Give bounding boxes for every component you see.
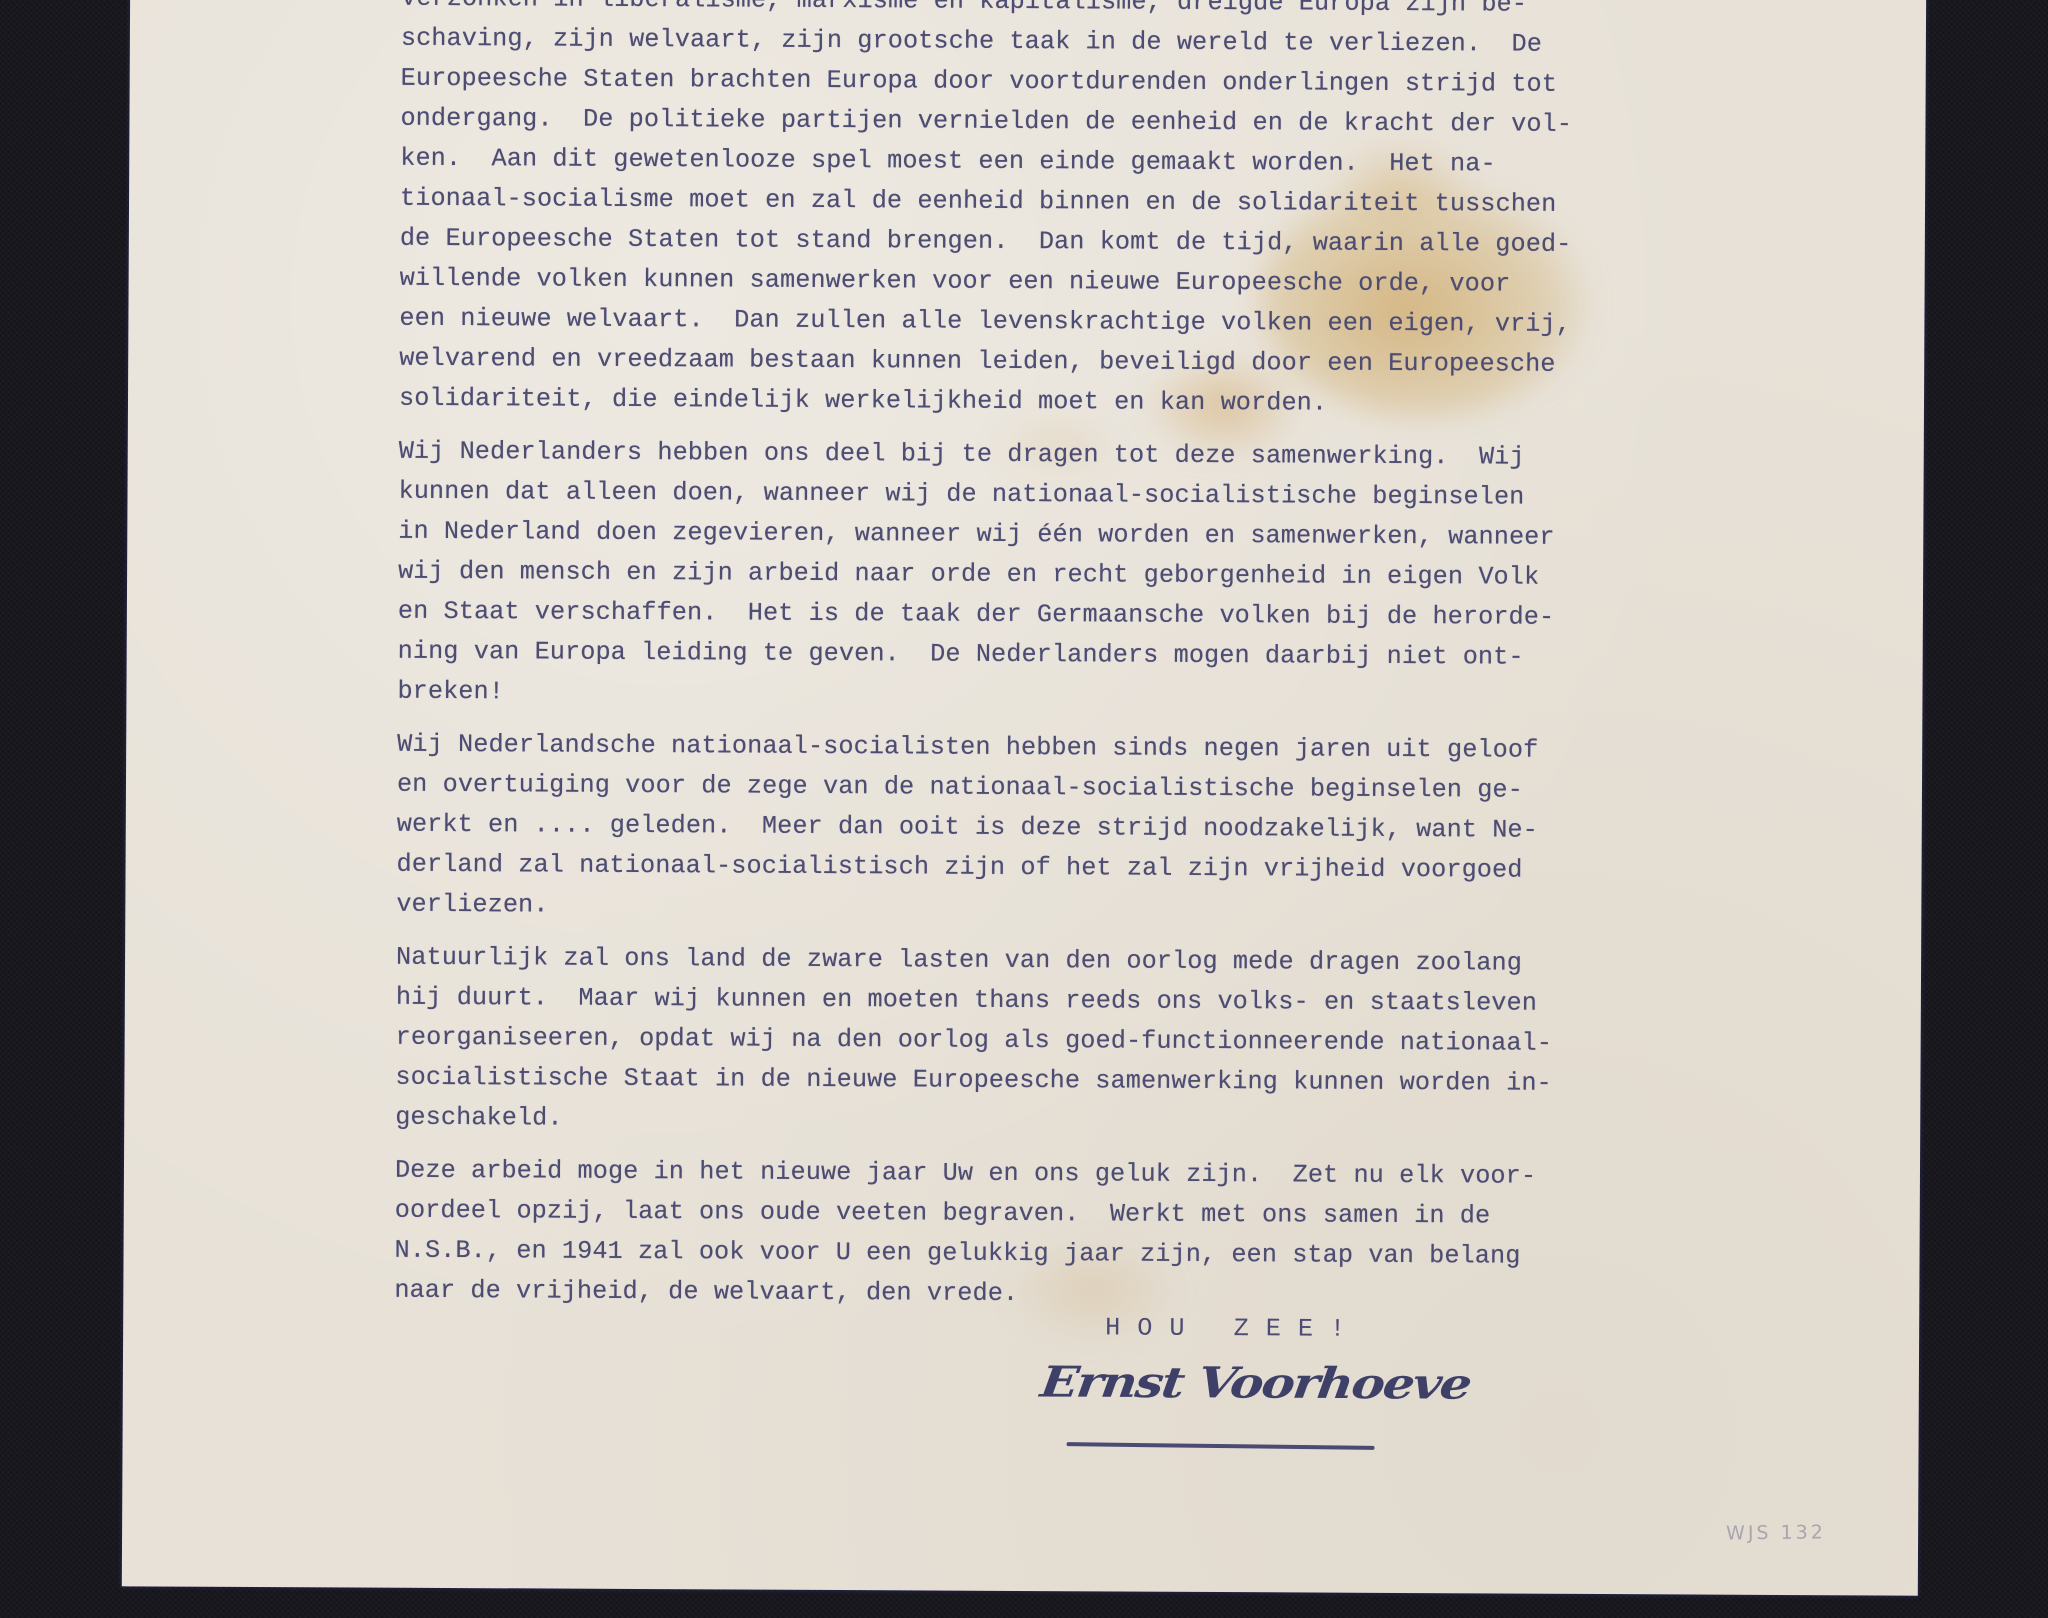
- text-line: welvarend en vreedzaam bestaan kunnen le…: [399, 339, 1699, 386]
- text-line: en overtuiging voor de zege van de natio…: [397, 765, 1697, 812]
- closing-salutation: HOU ZEE!: [1105, 1313, 1362, 1343]
- text-line: de Europeesche Staten tot stand brengen.…: [400, 219, 1700, 266]
- letter-paragraph: Natuurlijk zal ons land de zware lasten …: [395, 938, 1696, 1145]
- text-line: solidariteit, die eindelijk werkelijkhei…: [399, 379, 1699, 426]
- text-line: ken. Aan dit gewetenlooze spel moest een…: [400, 139, 1700, 186]
- letter-body: verzonken in liberalisme, marxisme en ka…: [394, 0, 1701, 1331]
- text-line: hij duurt. Maar wij kunnen en moeten tha…: [396, 978, 1696, 1025]
- text-line: Wij Nederlandsche nationaal-socialisten …: [397, 725, 1697, 772]
- text-line: Wij Nederlanders hebben ons deel bij te …: [399, 432, 1699, 479]
- text-line: wij den mensch en zijn arbeid naar orde …: [398, 552, 1698, 599]
- text-line: breken!: [397, 672, 1697, 719]
- text-line: ning van Europa leiding te geven. De Ned…: [398, 632, 1698, 679]
- letter-paragraph: verzonken in liberalisme, marxisme en ka…: [399, 0, 1701, 426]
- archive-pencil-note: WJS 132: [1726, 1521, 1826, 1544]
- text-line: N.S.B., en 1941 zal ook voor U een geluk…: [394, 1231, 1694, 1278]
- text-line: tionaal-socialisme moet en zal de eenhei…: [400, 179, 1700, 226]
- text-line: reorganiseeren, opdat wij na den oorlog …: [396, 1018, 1696, 1065]
- document-page: verzonken in liberalisme, marxisme en ka…: [122, 0, 1926, 1596]
- text-line: en Staat verschaffen. Het is de taak der…: [398, 592, 1698, 639]
- text-line: Deze arbeid moge in het nieuwe jaar Uw e…: [395, 1151, 1695, 1198]
- text-line: Natuurlijk zal ons land de zware lasten …: [396, 938, 1696, 985]
- text-line: oordeel opzij, laat ons oude veeten begr…: [395, 1191, 1695, 1238]
- text-line: socialistische Staat in de nieuwe Europe…: [395, 1058, 1695, 1105]
- text-line: Europeesche Staten brachten Europa door …: [401, 59, 1701, 106]
- text-line: in Nederland doen zegevieren, wanneer wi…: [398, 512, 1698, 559]
- signature-underline: [1067, 1442, 1375, 1450]
- letter-paragraph: Wij Nederlandsche nationaal-socialisten …: [396, 725, 1697, 932]
- text-line: naar de vrijheid, de welvaart, den vrede…: [394, 1271, 1694, 1318]
- text-line: kunnen dat alleen doen, wanneer wij de n…: [398, 472, 1698, 519]
- text-line: verliezen.: [396, 885, 1696, 932]
- letter-paragraph: Wij Nederlanders hebben ons deel bij te …: [397, 432, 1698, 719]
- text-line: derland zal nationaal-socialistisch zijn…: [396, 845, 1696, 892]
- text-line: ondergang. De politieke partijen verniel…: [400, 99, 1700, 146]
- text-line: werkt en .... geleden. Meer dan ooit is …: [397, 805, 1697, 852]
- handwritten-signature: Ernst Voorhoeve: [1038, 1357, 1474, 1409]
- text-line: willende volken kunnen samenwerken voor …: [400, 259, 1700, 306]
- text-line: een nieuwe welvaart. Dan zullen alle lev…: [399, 299, 1699, 346]
- text-line: geschakeld.: [395, 1098, 1695, 1145]
- letter-paragraph: Deze arbeid moge in het nieuwe jaar Uw e…: [394, 1151, 1695, 1318]
- text-line: schaving, zijn welvaart, zijn grootsche …: [401, 19, 1701, 66]
